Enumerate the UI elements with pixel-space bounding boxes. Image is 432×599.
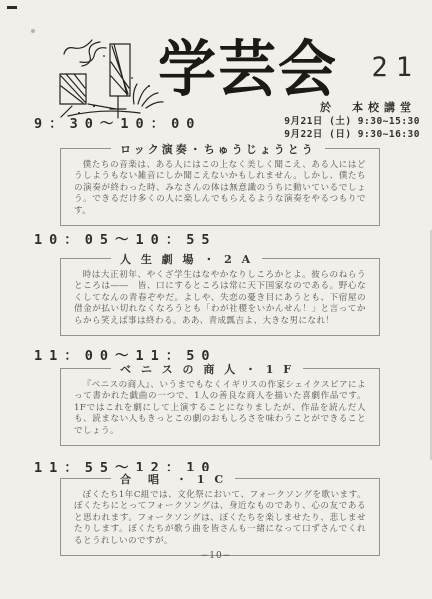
event-date-line: 9月22日 (日) 9:30~16:30 <box>284 128 420 141</box>
footer-page-number: −10− <box>0 551 432 561</box>
program-box-rock: ロック演奏・ちゅうじょうとう 僕たちの音楽は、ある人にはこの上なく美しく聞こえ、… <box>60 148 380 226</box>
program-title: ベ ニ ス の 商 人 ・ 1 F <box>111 361 303 377</box>
program-title: 合 唱 ・ 1 C <box>111 471 235 487</box>
program-title: ロック演奏・ちゅうじょうとう <box>111 141 325 157</box>
scan-speck <box>31 29 35 33</box>
program-title: 人 生 劇 場 ・ 2 A <box>111 251 262 267</box>
program-box-merchant-of-venice: ベ ニ ス の 商 人 ・ 1 F 『ベニスの商人』、いうまでもなくイギリスの作… <box>60 368 380 446</box>
page-title: 学芸会 <box>158 39 358 100</box>
venue-label: 於 本校講堂 <box>320 99 416 115</box>
program-description: ぼくたち1年C組では、文化祭において、フォークソングを歌います。ぼくたちにとって… <box>61 479 379 555</box>
scanned-program-page: 学芸会 21 於 本校講堂 9月21日 (土) 9:30~15:30 9月22日… <box>0 0 432 599</box>
program-description: 僕たちの音楽は、ある人にはこの上なく美しく聞こえ、ある人にはどうしようもない雑音… <box>61 149 379 225</box>
event-dates: 9月21日 (土) 9:30~15:30 9月22日 (日) 9:30~16:3… <box>284 115 420 141</box>
scan-speck <box>7 6 17 9</box>
program-description: 『ベニスの商人』、いうまでもなくイギリスの作家シェイクスピアによって書かれた戯曲… <box>61 369 379 445</box>
program-box-chorus: 合 唱 ・ 1 C ぼくたち1年C組では、文化祭において、フォークソングを歌いま… <box>60 478 380 556</box>
time-slot-1: 9：30～10：00 <box>34 112 201 132</box>
program-description: 時は大正初年、やくざ学生はなやかなりしころかとよ。彼らのねらうところは―― 皆、… <box>61 259 379 335</box>
program-box-jinsei-gekijo: 人 生 劇 場 ・ 2 A 時は大正初年、やくざ学生はなやかなりしころかとよ。彼… <box>60 258 380 336</box>
event-date-line: 9月21日 (土) 9:30~15:30 <box>284 115 420 128</box>
time-slot-2: 10：05～10：55 <box>34 228 217 248</box>
page-number-top: 21 <box>371 52 420 83</box>
